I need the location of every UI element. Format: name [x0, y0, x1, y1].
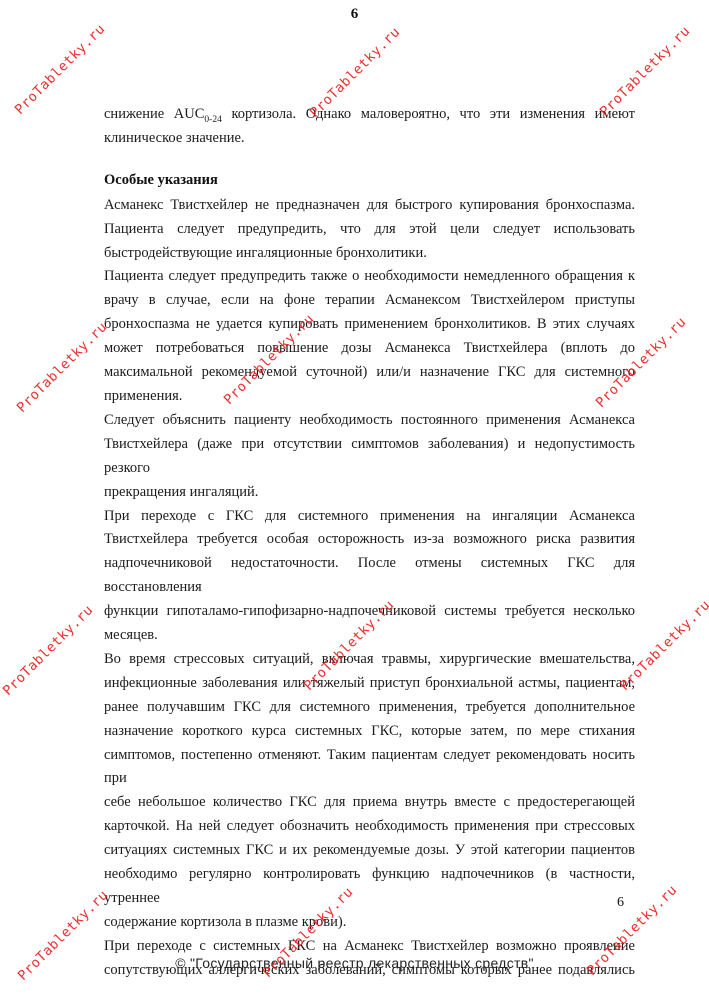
document-body: снижение AUC0-24 кортизола. Однако малов… [104, 103, 635, 983]
body-line: врачу в случае, если на фоне терапии Асм… [104, 289, 635, 313]
body-line: При переходе с ГКС для системного примен… [104, 505, 635, 529]
auc-line-post: кортизола. Однако маловероятно, что эти … [231, 106, 635, 122]
paragraph-block: Асманекс Твистхейлер не предназначен для… [104, 194, 635, 983]
body-line: надпочечниковой недостаточности. После о… [104, 552, 635, 600]
body-line: симптомов, постепенно отменяют. Таким па… [104, 744, 635, 792]
body-line: клиническое значение. [104, 127, 635, 151]
page-number-top: 6 [0, 6, 709, 23]
body-line: необходимо регулярно контролировать функ… [104, 863, 635, 911]
body-line: может потребоваться повышение дозы Асман… [104, 337, 635, 361]
auc-subscript: 0-24 [204, 115, 221, 125]
body-line: Асманекс Твистхейлер не предназначен для… [104, 194, 635, 218]
body-line: Пациента следует предупредить также о не… [104, 265, 635, 289]
document-page: 6 снижение AUC0-24 кортизола. Однако мал… [0, 0, 709, 1000]
watermark-protabletky: ProTabletky.ru [14, 317, 114, 417]
auc-line-pre: снижение AUC [104, 106, 204, 122]
watermark-protabletky: ProTabletky.ru [0, 600, 100, 700]
body-line: бронхоспазма не удается купировать приме… [104, 313, 635, 337]
body-line: прекращения ингаляций. [104, 481, 635, 505]
watermark-protabletky: ProTabletky.ru [12, 19, 112, 119]
page-number-bottom: 6 [617, 895, 624, 911]
body-line: Твистхейлера (даже при отсутствии симпто… [104, 433, 635, 481]
body-line: Во время стрессовых ситуаций, включая тр… [104, 648, 635, 672]
body-line-auc: снижение AUC0-24 кортизола. Однако малов… [104, 103, 635, 127]
body-line: Следует объяснить пациенту необходимость… [104, 409, 635, 433]
body-line: Пациента следует предупредить, что для э… [104, 218, 635, 242]
body-line: инфекционные заболевания или тяжелый при… [104, 672, 635, 696]
body-line: применения. [104, 385, 635, 409]
body-line: быстродействующие ингаляционные бронхоли… [104, 242, 635, 266]
body-line: ситуациях системных ГКС и их рекомендуем… [104, 839, 635, 863]
body-line: карточкой. На ней следует обозначить нео… [104, 815, 635, 839]
body-line: функции гипоталамо-гипофизарно-надпочечн… [104, 600, 635, 624]
footer-copyright: © "Государственный реестр лекарственных … [0, 955, 709, 971]
body-line: себе небольшое количество ГКС для приема… [104, 791, 635, 815]
section-heading-osobye-ukazaniya: Особые указания [104, 169, 635, 193]
body-line: содержание кортизола в плазме крови). [104, 911, 635, 935]
body-line: месяцев. [104, 624, 635, 648]
body-line: ранее получавшим ГКС для системного прим… [104, 696, 635, 720]
body-line: Твистхейлера требуется особая осторожнос… [104, 528, 635, 552]
body-line: назначение короткого курса системных ГКС… [104, 720, 635, 744]
body-line: максимальной рекомендуемой суточной) или… [104, 361, 635, 385]
